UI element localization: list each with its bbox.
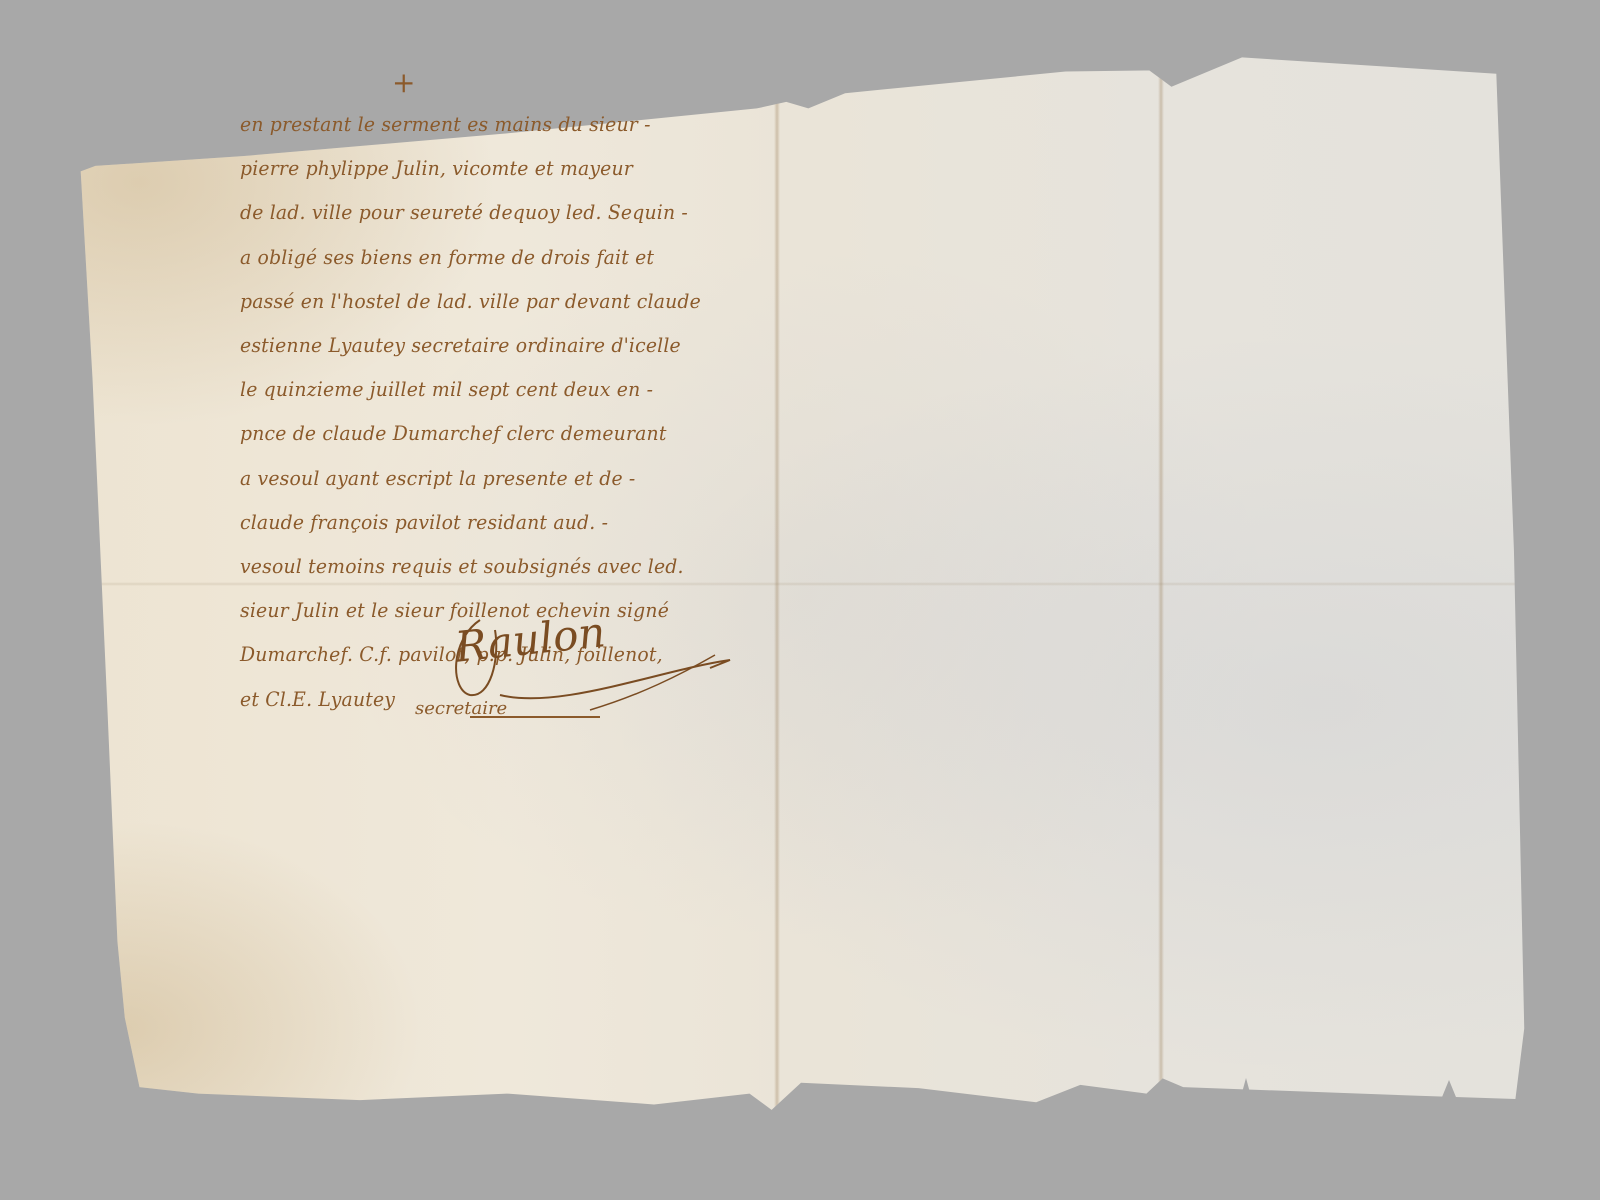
text-line: passé en l'hostel de lad. ville par deva…	[240, 279, 748, 323]
text-line: en prestant le serment es mains du sieur…	[240, 102, 748, 146]
vertical-fold-right	[1158, 52, 1164, 1137]
text-line: pierre phylippe Julin, vicomte et mayeur	[240, 146, 748, 190]
text-line: claude françois pavilot residant aud. -	[240, 500, 748, 544]
text-line: pnce de claude Dumarchef clerc demeurant	[240, 411, 748, 455]
signature-underline	[470, 716, 600, 718]
text-line: le quinzieme juillet mil sept cent deux …	[240, 367, 748, 411]
paper-hole	[1095, 1090, 1109, 1110]
text-line: a obligé ses biens en forme de drois fai…	[240, 235, 748, 279]
header-cross-mark: +	[392, 66, 415, 99]
text-line: de lad. ville pour seureté dequoy led. S…	[240, 190, 748, 234]
text-line: a vesoul ayant escript la presente et de…	[240, 456, 748, 500]
paper-hole	[290, 1115, 302, 1131]
text-line: vesoul temoins requis et soubsignés avec…	[240, 544, 748, 588]
text-line: estienne Lyautey secretaire ordinaire d'…	[240, 323, 748, 367]
